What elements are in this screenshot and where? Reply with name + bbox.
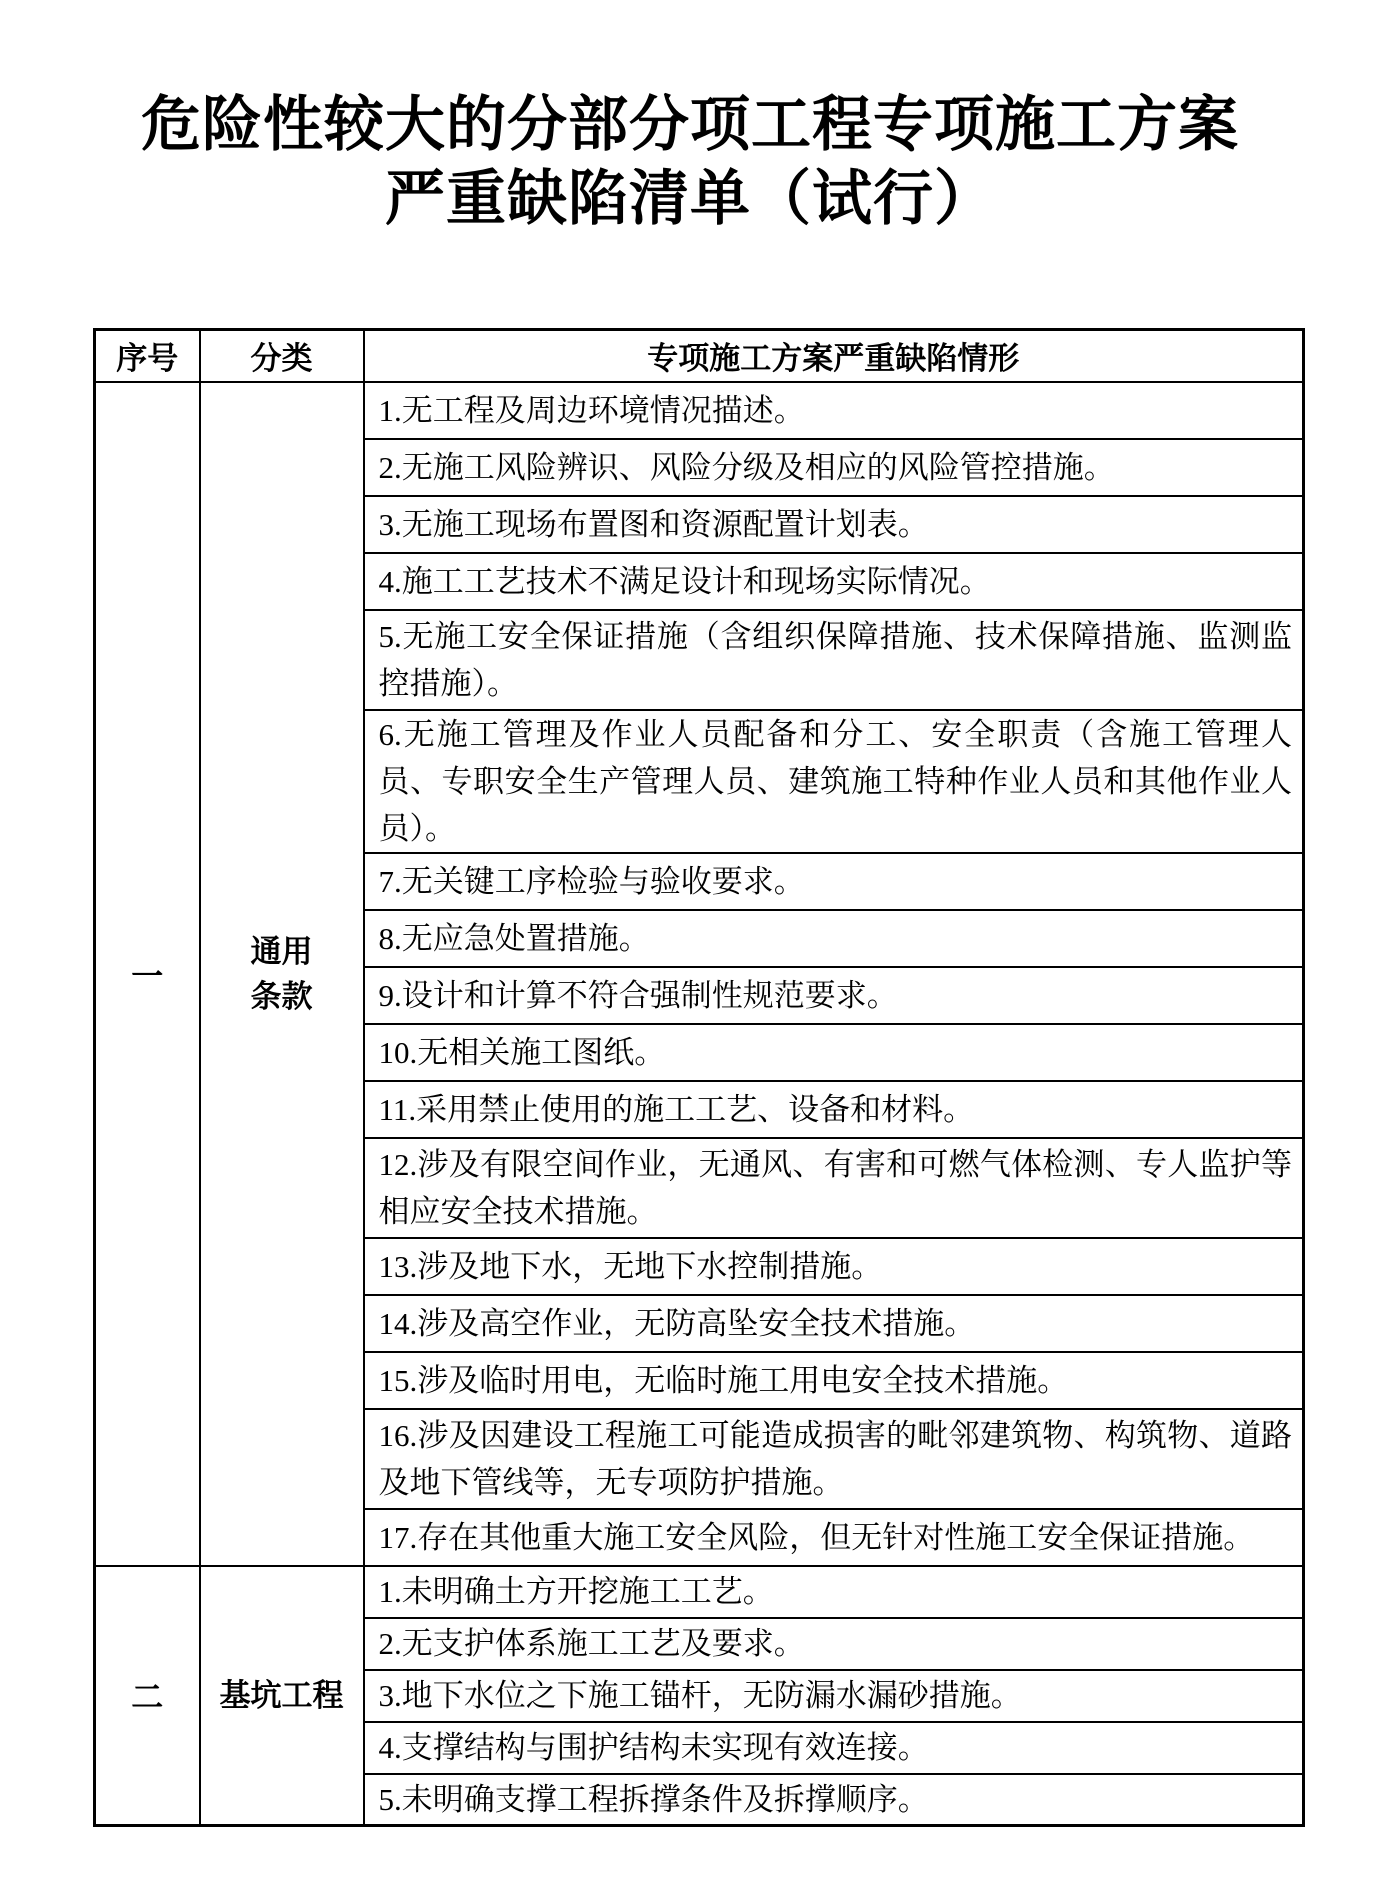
defect-item: 4.施工工艺技术不满足设计和现场实际情况。 xyxy=(364,553,1304,610)
defect-item: 12.涉及有限空间作业，无通风、有害和可燃气体检测、专人监护等相应安全技术措施。 xyxy=(364,1138,1304,1238)
defect-item: 11.采用禁止使用的施工工艺、设备和材料。 xyxy=(364,1081,1304,1138)
defect-item: 5.无施工安全保证措施（含组织保障措施、技术保障措施、监测监控措施）。 xyxy=(364,610,1304,710)
page-title: 危险性较大的分部分项工程专项施工方案严重缺陷清单（试行） xyxy=(0,88,1380,236)
defect-item: 1.未明确土方开挖施工工艺。 xyxy=(364,1566,1304,1618)
defect-item: 6.无施工管理及作业人员配备和分工、安全职责（含施工管理人员、专职安全生产管理人… xyxy=(364,710,1304,853)
defect-item: 3.无施工现场布置图和资源配置计划表。 xyxy=(364,496,1304,553)
table-row: 一 通用 条款 1.无工程及周边环境情况描述。 xyxy=(95,382,1304,439)
table-header-row: 序号 分类 专项施工方案严重缺陷情形 xyxy=(95,330,1304,382)
defect-item: 7.无关键工序检验与验收要求。 xyxy=(364,853,1304,910)
defect-item: 2.无支护体系施工工艺及要求。 xyxy=(364,1618,1304,1670)
defect-item: 3.地下水位之下施工锚杆，无防漏水漏砂措施。 xyxy=(364,1670,1304,1722)
section-serial: 二 xyxy=(95,1566,200,1826)
document-page: 危险性较大的分部分项工程专项施工方案严重缺陷清单（试行） 序号 分类 专项施工方… xyxy=(0,0,1380,1895)
section-category: 通用 条款 xyxy=(200,382,364,1566)
section-category: 基坑工程 xyxy=(200,1566,364,1826)
page-title-line2: 严重缺陷清单（试行） xyxy=(385,166,995,232)
section-serial: 一 xyxy=(95,382,200,1566)
defect-item: 10.无相关施工图纸。 xyxy=(364,1024,1304,1081)
defect-item: 4.支撑结构与围护结构未实现有效连接。 xyxy=(364,1722,1304,1774)
header-serial: 序号 xyxy=(95,330,200,382)
defect-item: 17.存在其他重大施工安全风险，但无针对性施工安全保证措施。 xyxy=(364,1509,1304,1566)
defect-item: 1.无工程及周边环境情况描述。 xyxy=(364,382,1304,439)
header-category: 分类 xyxy=(200,330,364,382)
defect-item: 5.未明确支撑工程拆撑条件及拆撑顺序。 xyxy=(364,1774,1304,1826)
defect-table: 序号 分类 专项施工方案严重缺陷情形 一 通用 条款 1.无工程及周边环境情况描… xyxy=(93,328,1305,1827)
defect-item: 9.设计和计算不符合强制性规范要求。 xyxy=(364,967,1304,1024)
table-row: 二 基坑工程 1.未明确土方开挖施工工艺。 xyxy=(95,1566,1304,1618)
defect-item: 14.涉及高空作业，无防高坠安全技术措施。 xyxy=(364,1295,1304,1352)
header-defect-situations: 专项施工方案严重缺陷情形 xyxy=(364,330,1304,382)
page-title-line1: 危险性较大的分部分项工程专项施工方案 xyxy=(141,92,1239,158)
defect-item: 13.涉及地下水，无地下水控制措施。 xyxy=(364,1238,1304,1295)
defect-item: 15.涉及临时用电，无临时施工用电安全技术措施。 xyxy=(364,1352,1304,1409)
defect-item: 8.无应急处置措施。 xyxy=(364,910,1304,967)
defect-item: 2.无施工风险辨识、风险分级及相应的风险管控措施。 xyxy=(364,439,1304,496)
defect-item: 16.涉及因建设工程施工可能造成损害的毗邻建筑物、构筑物、道路及地下管线等，无专… xyxy=(364,1409,1304,1509)
